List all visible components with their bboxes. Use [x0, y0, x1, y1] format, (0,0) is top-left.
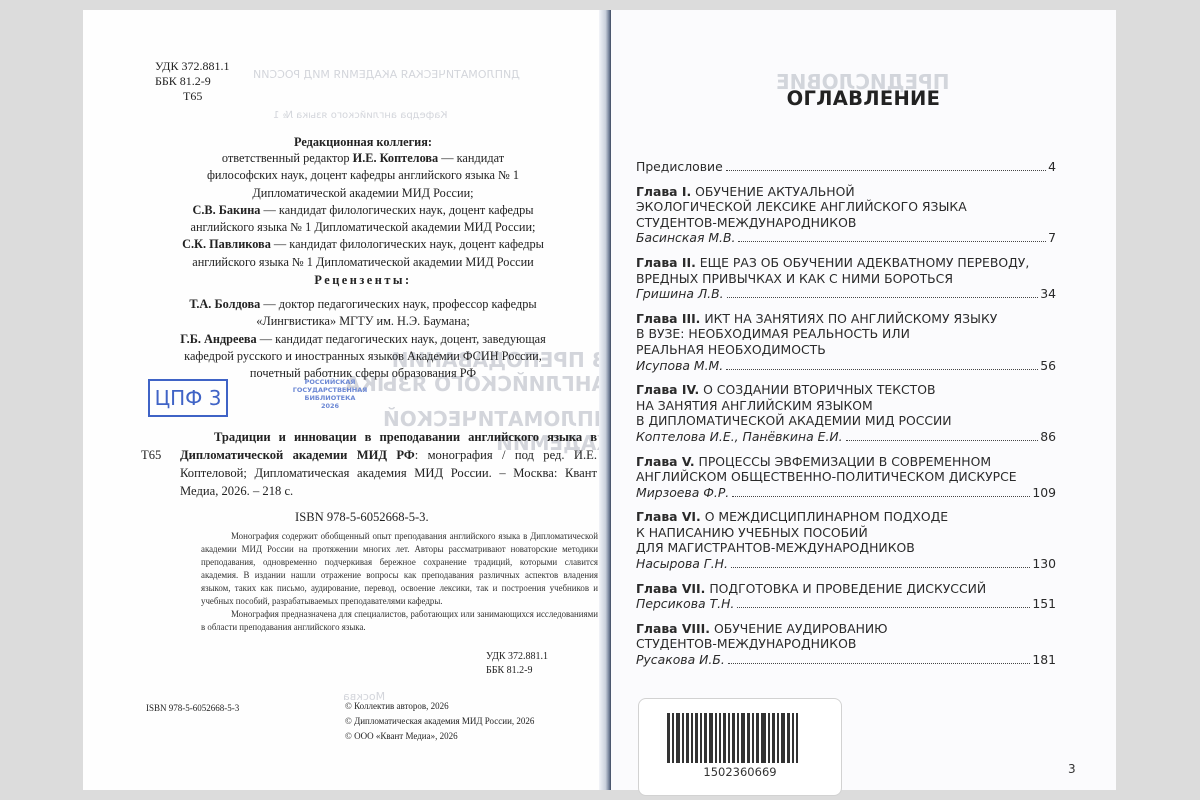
leader-dots: [731, 567, 1030, 568]
barcode-bar: [728, 713, 730, 763]
classification-codes: УДК 372.881.1 ББК 81.2-9 Т65: [155, 59, 229, 104]
toc-page-number: 34: [1040, 286, 1056, 302]
library-barcode-sticker: 1502360669: [638, 698, 842, 796]
toc-entry-chapter[interactable]: Глава V. ПРОЦЕССЫ ЭВФЕМИЗАЦИИ В СОВРЕМЕН…: [636, 454, 1056, 501]
leader-dots: [737, 607, 1030, 608]
chapter-title-line: ВРЕДНЫХ ПРИВЫЧКАХ И КАК С НИМИ БОРОТЬСЯ: [636, 271, 1056, 287]
barcode-bar: [752, 713, 754, 763]
chapter-author: Русакова И.Б.: [636, 652, 725, 668]
chapter-number: Глава III.: [636, 311, 700, 326]
editorial-board-heading: Редакционная коллегия:: [143, 134, 583, 151]
chapter-number: Глава V.: [636, 454, 695, 469]
barcode-bar: [792, 713, 794, 763]
chapter-title-line: СТУДЕНТОВ-МЕЖДУНАРОДНИКОВ: [636, 636, 1056, 652]
barcode-bar: [787, 713, 790, 763]
isbn-footer: ISBN 978-5-6052668-5-3: [146, 703, 239, 713]
barcode-bar: [747, 713, 750, 763]
text: — кандидат педагогических наук, доцент, …: [257, 332, 546, 346]
toc-entry-chapter[interactable]: Глава VI. О МЕЖДИСЦИПЛИНАРНОМ ПОДХОДЕК Н…: [636, 509, 1056, 571]
toc-label: Предисловие: [636, 159, 723, 175]
toc-page-number: 151: [1032, 596, 1056, 612]
chapter-number: Глава I.: [636, 184, 691, 199]
chapter-title-line: ЭКОЛОГИЧЕСКОЙ ЛЕКСИКЕ АНГЛИЙСКОГО ЯЗЫКА: [636, 199, 1056, 215]
chapter-author: Исупова М.М.: [636, 358, 723, 374]
toc-entry-chapter[interactable]: Глава VII. ПОДГОТОВКА И ПРОВЕДЕНИЕ ДИСКУ…: [636, 581, 1056, 612]
copyright-line: © ООО «Квант Медиа», 2026: [345, 729, 534, 744]
chapter-author: Персикова Т.Н.: [636, 596, 734, 612]
chapter-title: ПОДГОТОВКА И ПРОВЕДЕНИЕ ДИСКУССИЙ: [709, 581, 986, 596]
bbk-code: ББК 81.2-9: [486, 664, 548, 678]
leader-dots: [846, 440, 1039, 441]
toc-page-number: 7: [1048, 230, 1056, 246]
toc-page-number: 130: [1032, 556, 1056, 572]
chapter-title-line: Глава IV. О СОЗДАНИИ ВТОРИЧНЫХ ТЕКСТОВ: [636, 382, 1056, 398]
barcode-icon: [667, 713, 827, 763]
barcode-bar: [676, 713, 680, 763]
table-of-contents-title: ОГЛАВЛЕНИЕ: [611, 87, 1116, 110]
chapter-title-line: В ВУЗЕ: НЕОБХОДИМАЯ РЕАЛЬНОСТЬ ИЛИ: [636, 326, 1056, 342]
text: — кандидат филологических наук, доцент к…: [260, 203, 533, 217]
chapter-title-line: Глава VII. ПОДГОТОВКА И ПРОВЕДЕНИЕ ДИСКУ…: [636, 581, 1056, 597]
barcode-bar: [781, 713, 785, 763]
reviewers-heading: Рецензенты:: [143, 272, 583, 289]
catalog-record: Т65 Традиции и инновации в преподавании …: [127, 428, 597, 500]
reviewer-name: Т.А. Болдова: [189, 297, 260, 311]
toc-page-number: 4: [1048, 159, 1056, 175]
chapter-title: ОБУЧЕНИЕ АКТУАЛЬНОЙ: [695, 184, 855, 199]
leader-dots: [728, 663, 1031, 664]
leader-dots: [738, 241, 1046, 242]
toc-page-number: 86: [1040, 429, 1056, 445]
toc-entry-chapter[interactable]: Глава I. ОБУЧЕНИЕ АКТУАЛЬНОЙЭКОЛОГИЧЕСКО…: [636, 184, 1056, 246]
toc-entry-chapter[interactable]: Глава III. ИКТ НА ЗАНЯТИЯХ ПО АНГЛИЙСКОМ…: [636, 311, 1056, 373]
chapter-title-line: Глава I. ОБУЧЕНИЕ АКТУАЛЬНОЙ: [636, 184, 1056, 200]
reviewer-name: Г.Б. Андреева: [180, 332, 257, 346]
barcode-bar: [761, 713, 766, 763]
barcode-bar: [667, 713, 670, 763]
barcode-bar: [777, 713, 779, 763]
chapter-title-line: СТУДЕНТОВ-МЕЖДУНАРОДНИКОВ: [636, 215, 1056, 231]
chapter-title-line: Глава V. ПРОЦЕССЫ ЭВФЕМИЗАЦИИ В СОВРЕМЕН…: [636, 454, 1056, 470]
chapter-title-line: Глава III. ИКТ НА ЗАНЯТИЯХ ПО АНГЛИЙСКОМ…: [636, 311, 1056, 327]
cpf-stamp: ЦПФ 3: [148, 379, 228, 417]
chapter-author: Басинская М.В.: [636, 230, 735, 246]
book-spread: ДИПЛОМАТИЧЕСКАЯ АКАДЕМИЯ МИД РОССИИ Кафе…: [83, 10, 1116, 790]
text: ГОСУДАРСТВЕННАЯ: [289, 386, 371, 394]
chapter-title-line: Глава II. ЕЩЕ РАЗ ОБ ОБУЧЕНИИ АДЕКВАТНОМ…: [636, 255, 1056, 271]
editor-name: С.В. Бакина: [192, 203, 260, 217]
chapter-title: О СОЗДАНИИ ВТОРИЧНЫХ ТЕКСТОВ: [703, 382, 935, 397]
book-spine-shadow: [599, 10, 611, 790]
text: БИБЛИОТЕКА: [289, 394, 371, 402]
barcode-bar: [709, 713, 713, 763]
chapter-author: Мирзоева Ф.Р.: [636, 485, 729, 501]
chapter-title-line: Глава VI. О МЕЖДИСЦИПЛИНАРНОМ ПОДХОДЕ: [636, 509, 1056, 525]
text: — доктор педагогических наук, профессор …: [260, 297, 536, 311]
abstract-paragraph: Монография содержит обобщенный опыт преп…: [201, 530, 598, 608]
chapter-title-line: Глава VIII. ОБУЧЕНИЕ АУДИРОВАНИЮ: [636, 621, 1056, 637]
copyright-notices: © Коллектив авторов, 2026 © Дипломатичес…: [345, 699, 534, 744]
author-mark: Т65: [141, 446, 161, 464]
right-page-contents: ПРЕДИСЛОВИЕ ОГЛАВЛЕНИЕ Предисловие 4 Гла…: [611, 10, 1116, 790]
barcode-bar: [796, 713, 798, 763]
abstract-paragraph: Монография предназначена для специалисто…: [201, 608, 598, 634]
barcode-bar: [682, 713, 684, 763]
text: английского языка № 1 Дипломатической ак…: [143, 254, 583, 271]
chapter-title-line: РЕАЛЬНАЯ НЕОБХОДИМОСТЬ: [636, 342, 1056, 358]
chapter-title-line: ДЛЯ МАГИСТРАНТОВ-МЕЖДУНАРОДНИКОВ: [636, 540, 1056, 556]
barcode-bar: [686, 713, 689, 763]
chapter-title-line: В ДИПЛОМАТИЧЕСКОЙ АКАДЕМИИ МИД РОССИИ: [636, 413, 1056, 429]
copyright-line: © Дипломатическая академия МИД России, 2…: [345, 714, 534, 729]
text: кафедрой русского и иностранных языков А…: [143, 348, 583, 365]
bbk-code: ББК 81.2-9: [155, 74, 229, 89]
chapter-title: ОБУЧЕНИЕ АУДИРОВАНИЮ: [714, 621, 888, 636]
barcode-bar: [741, 713, 745, 763]
barcode-bar: [672, 713, 674, 763]
text: английского языка № 1 Дипломатической ак…: [143, 219, 583, 236]
left-page-imprint: ДИПЛОМАТИЧЕСКАЯ АКАДЕМИЯ МИД РОССИИ Кафе…: [83, 10, 607, 790]
chapter-title: ЕЩЕ РАЗ ОБ ОБУЧЕНИИ АДЕКВАТНОМУ ПЕРЕВОДУ…: [700, 255, 1030, 270]
chapter-author: Коптелова И.Е., Панёвкина Е.И.: [636, 429, 843, 445]
text: Дипломатической академии МИД России;: [143, 185, 583, 202]
toc-entry-chapter[interactable]: Глава IV. О СОЗДАНИИ ВТОРИЧНЫХ ТЕКСТОВНА…: [636, 382, 1056, 444]
editor-name: С.К. Павликова: [182, 237, 271, 251]
barcode-bar: [691, 713, 693, 763]
toc-page-number: 109: [1032, 485, 1056, 501]
toc-page-number: 56: [1040, 358, 1056, 374]
editor-name: И.Е. Коптелова: [353, 151, 439, 165]
bleed-through-text: Кафедра английского языка № 1: [273, 110, 448, 121]
page-number: 3: [1068, 762, 1076, 776]
barcode-bar: [704, 713, 707, 763]
toc-entry-preface[interactable]: Предисловие 4: [636, 159, 1056, 175]
abstract: Монография содержит обобщенный опыт преп…: [201, 530, 598, 634]
barcode-bar: [715, 713, 717, 763]
chapter-title-line: АНГЛИЙСКОМ ОБЩЕСТВЕННО-ПОЛИТИЧЕСКОМ ДИСК…: [636, 469, 1056, 485]
chapter-author: Насырова Г.Н.: [636, 556, 728, 572]
barcode-number: 1502360669: [639, 765, 841, 779]
chapter-title: ИКТ НА ЗАНЯТИЯХ ПО АНГЛИЙСКОМУ ЯЗЫКУ: [704, 311, 997, 326]
leader-dots: [732, 496, 1030, 497]
udk-code: УДК 372.881.1: [155, 59, 229, 74]
barcode-bar: [756, 713, 759, 763]
chapter-title-line: К НАПИСАНИЮ УЧЕБНЫХ ПОСОБИЙ: [636, 525, 1056, 541]
leader-dots: [727, 297, 1039, 298]
barcode-bar: [737, 713, 739, 763]
chapter-title: О МЕЖДИСЦИПЛИНАРНОМ ПОДХОДЕ: [705, 509, 948, 524]
toc-entry-chapter[interactable]: Глава VIII. ОБУЧЕНИЕ АУДИРОВАНИЮСТУДЕНТО…: [636, 621, 1056, 668]
barcode-bar: [719, 713, 721, 763]
table-of-contents: Предисловие 4 Глава I. ОБУЧЕНИЕ АКТУАЛЬН…: [636, 159, 1056, 677]
bleed-through-text: ДИПЛОМАТИЧЕСКАЯ АКАДЕМИЯ МИД РОССИИ: [253, 68, 520, 81]
toc-page-number: 181: [1032, 652, 1056, 668]
author-mark: Т65: [155, 89, 229, 104]
copyright-line: © Коллектив авторов, 2026: [345, 699, 534, 714]
barcode-bar: [772, 713, 775, 763]
barcode-bar: [723, 713, 726, 763]
text: философских наук, доцент кафедры английс…: [143, 167, 583, 184]
barcode-bar: [732, 713, 735, 763]
text: — кандидат филологических наук, доцент к…: [271, 237, 544, 251]
library-stamp: РОССИЙСКАЯ ГОСУДАРСТВЕННАЯ БИБЛИОТЕКА 20…: [289, 378, 371, 410]
chapter-author: Гришина Л.В.: [636, 286, 724, 302]
udk-code: УДК 372.881.1: [486, 650, 548, 664]
editorial-board-list: ответственный редактор И.Е. Коптелова — …: [143, 150, 583, 271]
toc-entry-chapter[interactable]: Глава II. ЕЩЕ РАЗ ОБ ОБУЧЕНИИ АДЕКВАТНОМ…: [636, 255, 1056, 302]
chapter-number: Глава VII.: [636, 581, 705, 596]
text: РОССИЙСКАЯ: [289, 378, 371, 386]
chapter-title: ПРОЦЕССЫ ЭВФЕМИЗАЦИИ В СОВРЕМЕННОМ: [699, 454, 992, 469]
bottom-classification-codes: УДК 372.881.1 ББК 81.2-9: [486, 650, 548, 678]
text: — кандидат: [438, 151, 504, 165]
barcode-bar: [700, 713, 702, 763]
text: ответственный редактор: [222, 151, 353, 165]
chapter-number: Глава VI.: [636, 509, 701, 524]
text: 2026: [289, 402, 371, 410]
chapter-title-line: НА ЗАНЯТИЯ АНГЛИЙСКИМ ЯЗЫКОМ: [636, 398, 1056, 414]
chapter-number: Глава II.: [636, 255, 696, 270]
isbn: ISBN 978-5-6052668-5-3.: [295, 510, 429, 525]
text: «Лингвистика» МГТУ им. Н.Э. Баумана;: [143, 313, 583, 330]
leader-dots: [726, 369, 1038, 370]
reviewers-list: Т.А. Болдова — доктор педагогических нау…: [143, 296, 583, 382]
leader-dots: [726, 170, 1046, 171]
chapter-number: Глава VIII.: [636, 621, 710, 636]
chapter-number: Глава IV.: [636, 382, 699, 397]
barcode-bar: [768, 713, 770, 763]
barcode-bar: [695, 713, 698, 763]
